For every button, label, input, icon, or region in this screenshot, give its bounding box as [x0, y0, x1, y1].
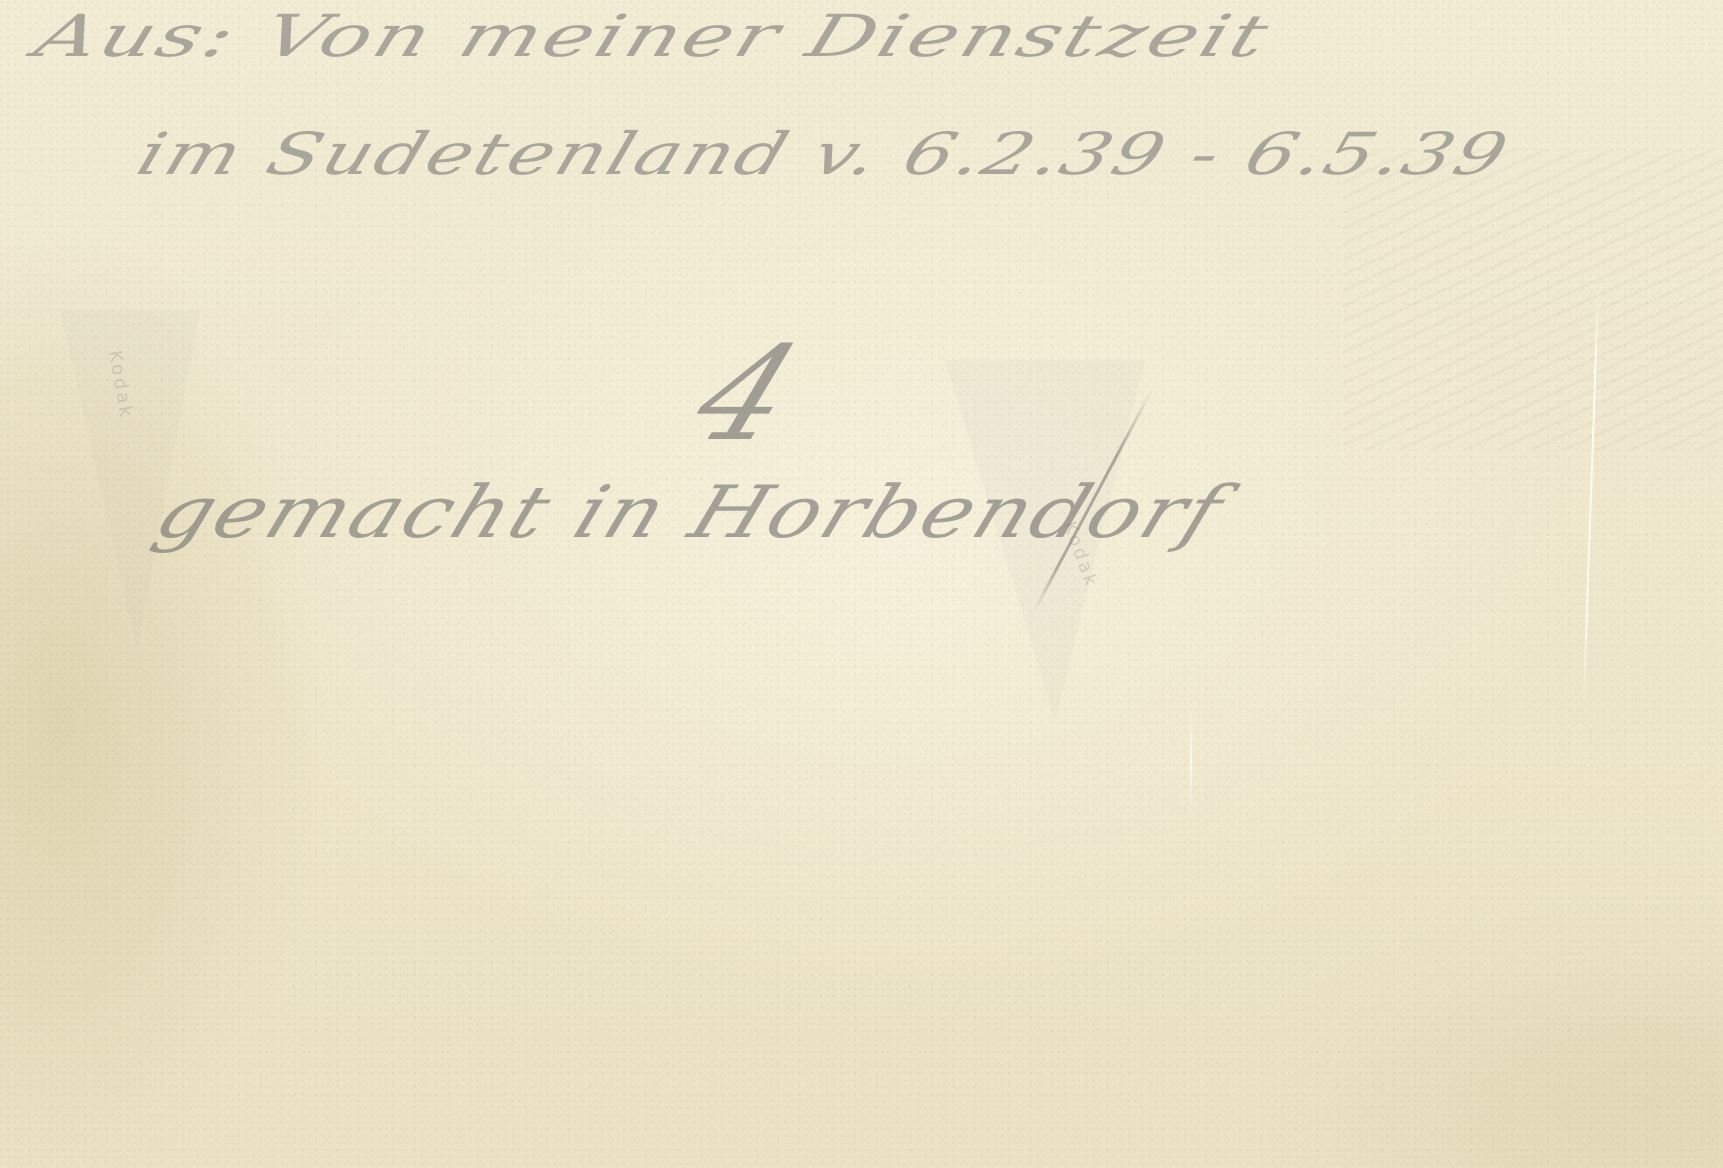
faint-stamp-left-text: Kodak [104, 349, 137, 421]
handwriting-line-2: im Sudetenland v. 6.2.39 - 6.5.39 [129, 120, 1518, 188]
pencil-smudge [1343, 150, 1723, 450]
photo-back-paper: Kodak Kodak Aus: Von meiner Dienstzeit i… [0, 0, 1723, 1168]
paper-crease-lower [1190, 700, 1192, 820]
paper-crease-right [1582, 280, 1599, 710]
handwriting-line-1: Aus: Von meiner Dienstzeit [27, 2, 1279, 70]
handwriting-number: 4 [674, 318, 818, 470]
